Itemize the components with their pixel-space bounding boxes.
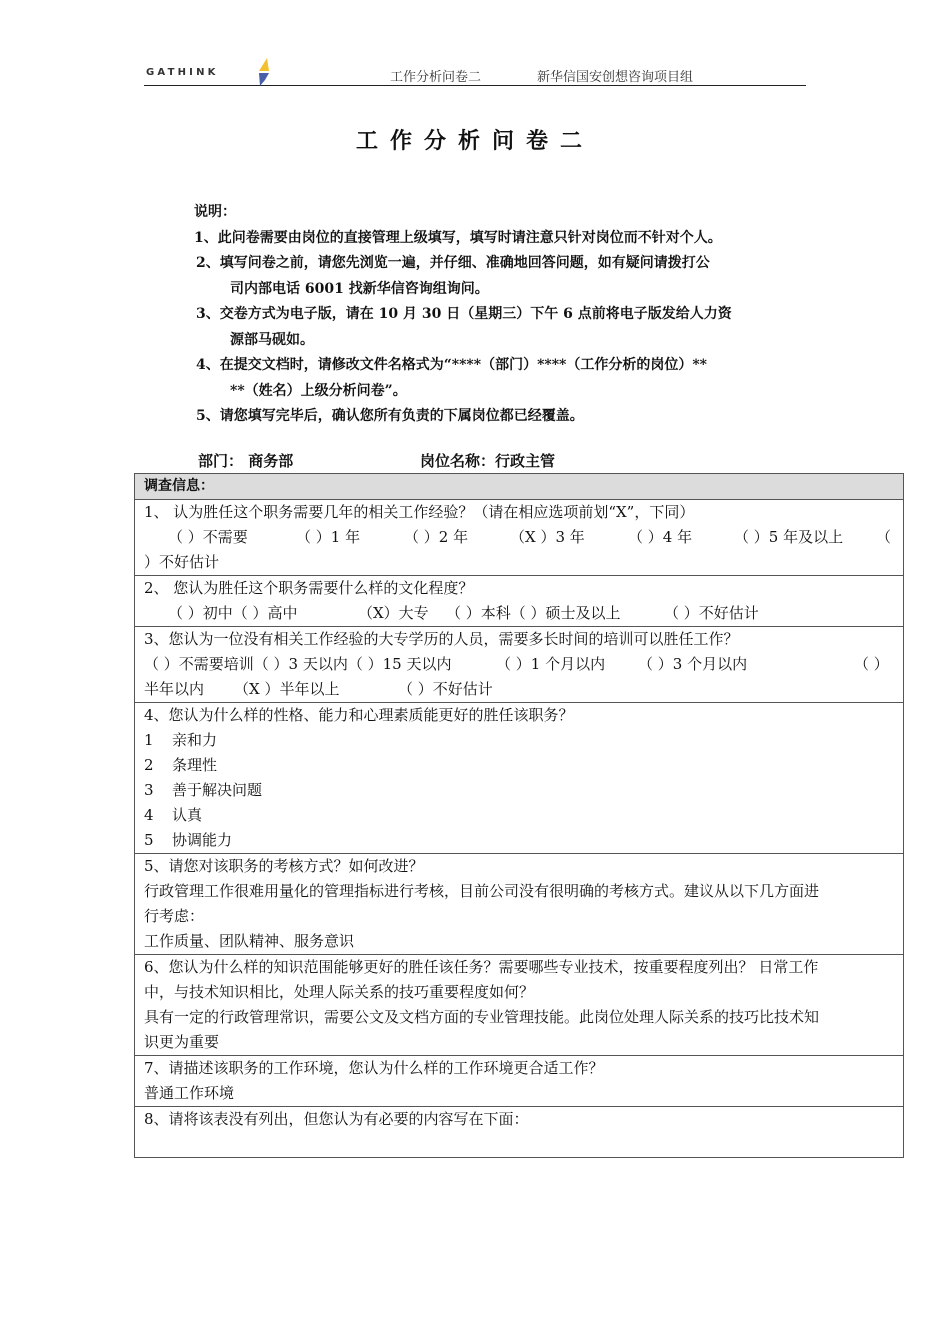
trait-item: 3善于解决问题 xyxy=(144,778,895,803)
question-6-text: 6、您认为什么样的知识范围能够更好的胜任该任务？需要哪些专业技术，按重要程度列出… xyxy=(144,955,895,980)
q1-option-unknown-open[interactable]: （ xyxy=(876,525,891,550)
gathink-logo-icon xyxy=(257,58,271,88)
question-7: 7、请描述该职务的工作环境，您认为什么样的工作环境更合适工作？ 普通工作环境 xyxy=(135,1056,904,1107)
survey-table: 调查信息： 1、 认为胜任这个职务需要几年的相关工作经验？（请在相应选项前划“X… xyxy=(134,473,904,1158)
instructions: 说明： 1、此问卷需要由岗位的直接管理上级填写，填写时请注意只针对岗位而不针对个… xyxy=(194,200,824,430)
q3-option-halfyear-open[interactable]: （ ） xyxy=(854,652,889,677)
question-5-answer[interactable]: 行政管理工作很难用量化的管理指标进行考核，目前公司没有很明确的考核方式。建议从以… xyxy=(144,879,895,904)
header-organization: 新华信国安创想咨询项目组 xyxy=(537,66,693,85)
q2-option-unknown[interactable]: （ ）不好估计 xyxy=(664,601,759,626)
question-1-text: 1、 认为胜任这个职务需要几年的相关工作经验？（请在相应选项前划“X”，下同） xyxy=(144,500,895,525)
q1-option-unknown[interactable]: ）不好估计 xyxy=(144,550,895,575)
question-6-text-cont: 中，与技术知识相比，处理人际关系的技巧重要程度如何？ xyxy=(144,980,895,1005)
question-8-text: 8、请将该表没有列出，但您认为有必要的内容写在下面： xyxy=(144,1107,895,1132)
q3-option-halfyear[interactable]: 半年以内 xyxy=(144,677,234,702)
survey-header: 调查信息： xyxy=(135,474,904,500)
instruction-3: 3、交卷方式为电子版，请在 10 月 30 日（星期三）下午 6 点前将电子版发… xyxy=(194,302,824,328)
instruction-2: 2、填写问卷之前，请您先浏览一遍，并仔细、准确地回答问题，如有疑问请拨打公 xyxy=(194,251,824,277)
instruction-4-cont: **（姓名）上级分析问卷”。 xyxy=(194,379,824,405)
position-label: 岗位名称： xyxy=(420,452,495,470)
q3-option-1month[interactable]: （ ）1 个月以内 xyxy=(496,652,638,677)
instruction-3-cont: 源部马砚如。 xyxy=(194,328,824,354)
question-1: 1、 认为胜任这个职务需要几年的相关工作经验？（请在相应选项前划“X”，下同） … xyxy=(135,500,904,576)
question-2: 2、 您认为胜任这个职务需要什么样的文化程度？ （ ）初中（ ）高中（X）大专（… xyxy=(135,576,904,627)
instruction-2-cont: 司内部电话 6001 找新华信咨询组询问。 xyxy=(194,277,824,303)
question-8: 8、请将该表没有列出，但您认为有必要的内容写在下面： xyxy=(135,1107,904,1158)
department-label: 部门： xyxy=(198,452,243,470)
logo-text: GATHINK xyxy=(146,67,219,78)
question-5: 5、请您对该职务的考核方式？如何改进？ 行政管理工作很难用量化的管理指标进行考核… xyxy=(135,854,904,955)
question-7-text: 7、请描述该职务的工作环境，您认为什么样的工作环境更合适工作？ xyxy=(144,1056,895,1081)
q2-option-bachelor-master[interactable]: （ ）本科（ ）硕士及以上 xyxy=(446,601,664,626)
q3-option-unknown[interactable]: （ ）不好估计 xyxy=(398,677,493,702)
q1-option-3yr-selected[interactable]: （X ）3 年 xyxy=(510,525,628,550)
instruction-1: 1、此问卷需要由岗位的直接管理上级填写，填写时请注意只针对岗位而不针对个人。 xyxy=(194,226,824,252)
instruction-4: 4、在提交文档时，请修改文件名格式为“****（部门）****（工作分析的岗位）… xyxy=(194,353,824,379)
q2-option-college-selected[interactable]: （X）大专 xyxy=(358,601,446,626)
department-value: 商务部 xyxy=(248,452,293,470)
question-5-answer-cont[interactable]: 行考虑： xyxy=(144,904,895,929)
position-value: 行政主管 xyxy=(495,452,555,470)
q1-option-2yr[interactable]: （ ）2 年 xyxy=(404,525,510,550)
trait-item: 2条理性 xyxy=(144,753,895,778)
question-7-answer[interactable]: 普通工作环境 xyxy=(144,1081,895,1106)
question-3-text: 3、您认为一位没有相关工作经验的大专学历的人员，需要多长时间的培训可以胜任工作？ xyxy=(144,627,895,652)
question-5-answer-items[interactable]: 工作质量、团队精神、服务意识 xyxy=(144,929,895,954)
question-2-text: 2、 您认为胜任这个职务需要什么样的文化程度？ xyxy=(144,576,895,601)
instructions-label: 说明： xyxy=(194,200,824,226)
question-8-answer[interactable] xyxy=(144,1132,895,1157)
q1-option-1yr[interactable]: （ ）1 年 xyxy=(296,525,404,550)
instruction-5: 5、请您填写完毕后，确认您所有负责的下属岗位都已经覆盖。 xyxy=(194,404,824,430)
question-4-text: 4、您认为什么样的性格、能力和心理素质能更好的胜任该职务？ xyxy=(144,703,895,728)
q1-option-4yr[interactable]: （ ）4 年 xyxy=(628,525,734,550)
question-3: 3、您认为一位没有相关工作经验的大专学历的人员，需要多长时间的培训可以胜任工作？… xyxy=(135,627,904,703)
question-6: 6、您认为什么样的知识范围能够更好的胜任该任务？需要哪些专业技术，按重要程度列出… xyxy=(135,955,904,1056)
question-4: 4、您认为什么样的性格、能力和心理素质能更好的胜任该职务？ 1亲和力 2条理性 … xyxy=(135,703,904,854)
q1-option-none[interactable]: （ ）不需要 xyxy=(168,525,296,550)
page-header: GATHINK 工作分析问卷二 新华信国安创想咨询项目组 xyxy=(144,58,806,86)
trait-item: 4认真 xyxy=(144,803,895,828)
page-title: 工作分析问卷二 xyxy=(0,124,950,155)
question-5-text: 5、请您对该职务的考核方式？如何改进？ xyxy=(144,854,895,879)
header-doc-name: 工作分析问卷二 xyxy=(390,66,481,85)
q3-option-3month[interactable]: （ ）3 个月以内 xyxy=(638,652,854,677)
q3-option-over-halfyear-selected[interactable]: （X ）半年以上 xyxy=(234,677,398,702)
q3-option-short[interactable]: （ ）不需要培训（ ）3 天以内（ ）15 天以内 xyxy=(144,652,496,677)
q2-option-middle-high[interactable]: （ ）初中（ ）高中 xyxy=(168,601,358,626)
department-field: 部门： 商务部 xyxy=(198,450,293,471)
q1-option-5yr-plus[interactable]: （ ）5 年及以上 xyxy=(734,525,876,550)
trait-item: 5协调能力 xyxy=(144,828,895,853)
position-field: 岗位名称：行政主管 xyxy=(420,450,555,471)
trait-item: 1亲和力 xyxy=(144,728,895,753)
question-6-answer-cont[interactable]: 识更为重要 xyxy=(144,1030,895,1055)
question-6-answer[interactable]: 具有一定的行政管理常识，需要公文及文档方面的专业管理技能。此岗位处理人际关系的技… xyxy=(144,1005,895,1030)
